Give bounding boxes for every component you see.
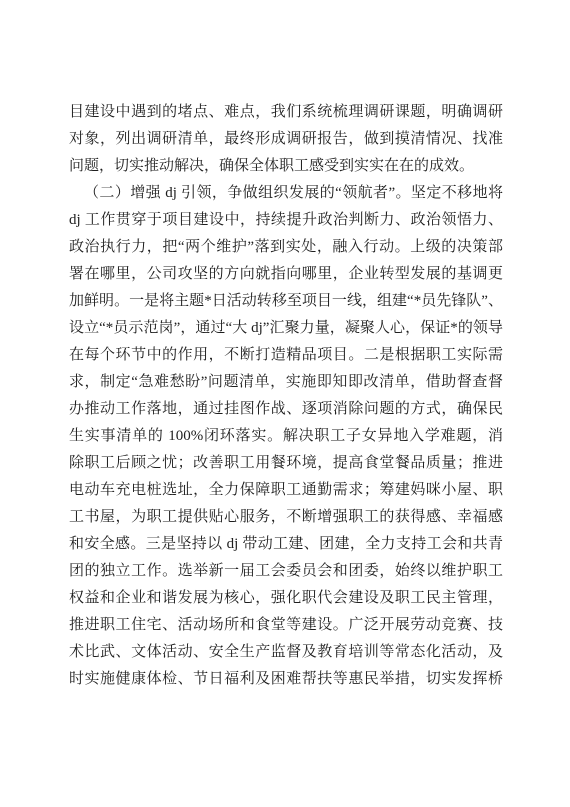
- document-line: 生实事清单的 100%闭环落实。解决职工子女异地入学难题，消: [69, 423, 503, 450]
- document-line: 权益和企业和谐发展为核心，强化职代会建设及职工民主管理，: [69, 585, 503, 612]
- document-line: 时实施健康体检、节日福利及困难帮扶等惠民举措，切实发挥桥: [69, 666, 503, 693]
- document-line: 对象，列出调研清单，最终形成调研报告，做到摸清情况、找准: [69, 126, 503, 153]
- document-line: 除职工后顾之忧；改善职工用餐环境，提高食堂餐品质量；推进: [69, 450, 503, 477]
- document-line: 推进职工住宅、活动场所和食堂等建设。广泛开展劳动竞赛、技: [69, 612, 503, 639]
- document-line: 办推动工作落地，通过挂图作战、逐项消除问题的方式，确保民: [69, 396, 503, 423]
- document-line: 政治执行力，把“两个维护”落到实处，融入行动。上级的决策部: [69, 234, 503, 261]
- document-page: 目建设中遇到的堵点、难点，我们系统梳理调研课题，明确调研 对象，列出调研清单，最…: [0, 0, 570, 807]
- document-line: 求，制定“急难愁盼”问题清单，实施即知即改清单，借助督查督: [69, 369, 503, 396]
- document-line: 加鲜明。一是将主题*日活动转移至项目一线，组建“*员先锋队”、: [69, 288, 503, 315]
- document-line: 和安全感。三是坚持以 dj 带动工建、团建，全力支持工会和共青: [69, 531, 503, 558]
- document-line: 在每个环节中的作用，不断打造精品项目。二是根据职工实际需: [69, 342, 503, 369]
- document-line: 团的独立工作。选举新一届工会委员会和团委，始终以维护职工: [69, 558, 503, 585]
- document-line: 问题，切实推动解决，确保全体职工感受到实实在在的成效。: [69, 153, 503, 180]
- document-line: 电动车充电桩选址，全力保障职工通勤需求；筹建妈咪小屋、职: [69, 477, 503, 504]
- document-line: （二）增强 dj 引领，争做组织发展的“领航者”。坚定不移地将: [69, 180, 503, 207]
- document-line: 设立“*员示范岗”，通过“大 dj”汇聚力量，凝聚人心，保证*的领导: [69, 315, 503, 342]
- document-line: 工书屋，为职工提供贴心服务，不断增强职工的获得感、幸福感: [69, 504, 503, 531]
- document-line: 署在哪里，公司攻坚的方向就指向哪里，企业转型发展的基调更: [69, 261, 503, 288]
- document-line: dj 工作贯穿于项目建设中，持续提升政治判断力、政治领悟力、: [69, 207, 503, 234]
- document-body: 目建设中遇到的堵点、难点，我们系统梳理调研课题，明确调研 对象，列出调研清单，最…: [69, 99, 503, 693]
- document-line: 术比武、文体活动、安全生产监督及教育培训等常态化活动，及: [69, 639, 503, 666]
- document-line: 目建设中遇到的堵点、难点，我们系统梳理调研课题，明确调研: [69, 99, 503, 126]
